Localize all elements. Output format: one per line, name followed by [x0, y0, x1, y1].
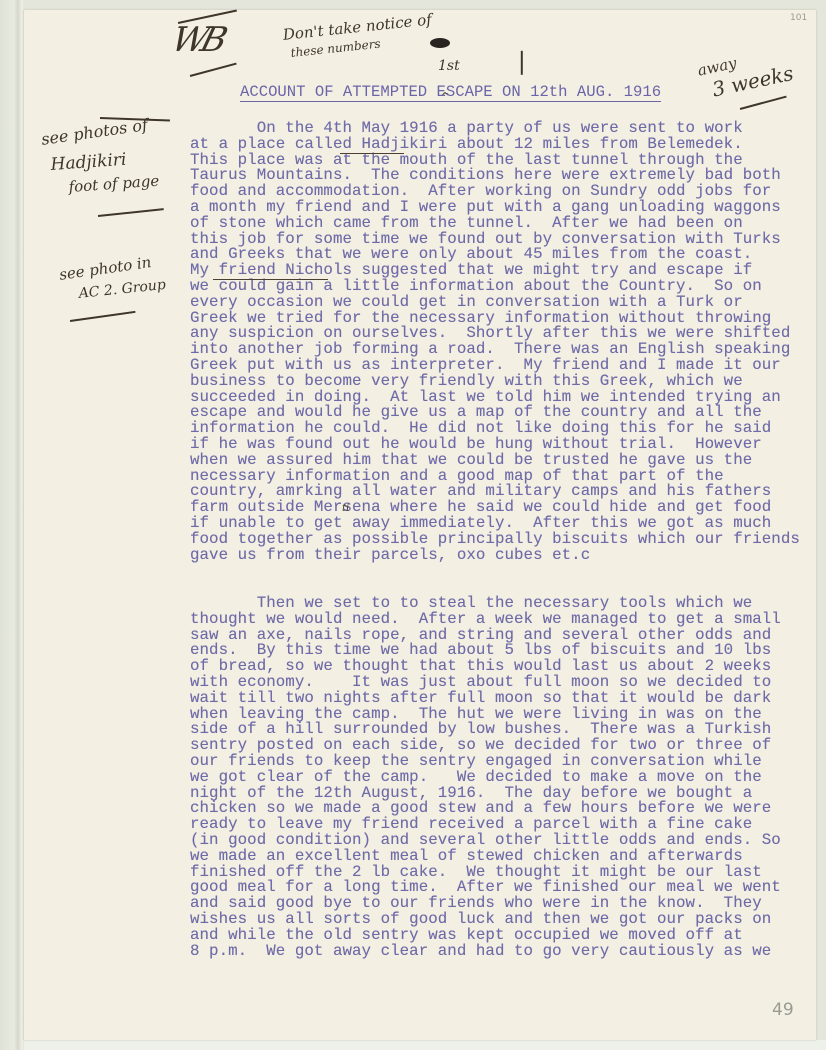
caret-insert-1st: 1st [438, 58, 460, 74]
scanner-edge-strip [0, 0, 24, 1050]
vertical-pen-mark [521, 51, 523, 75]
page-number-bottom: 49 [772, 1000, 794, 1020]
paragraph-2: Then we set to to steal the necessary to… [190, 596, 781, 959]
text-line: 8 p.m. We got away clear and had to go v… [190, 944, 781, 960]
text-line: gave us from their parcels, oxo cubes et… [190, 548, 800, 564]
scanner-bottom-edge [24, 1040, 826, 1050]
document-title: ACCOUNT OF ATTEMPTED ESCAPE ON 12th AUG.… [240, 84, 661, 102]
page-number-top: 101 [790, 13, 807, 23]
ink-blot [430, 38, 450, 48]
insert-above-mersena: ti [342, 503, 349, 514]
underline-friend-nichols [213, 279, 328, 280]
paragraph-1: On the 4th May 1916 a party of us were s… [190, 121, 800, 563]
underline-hadjikiri [340, 153, 404, 154]
